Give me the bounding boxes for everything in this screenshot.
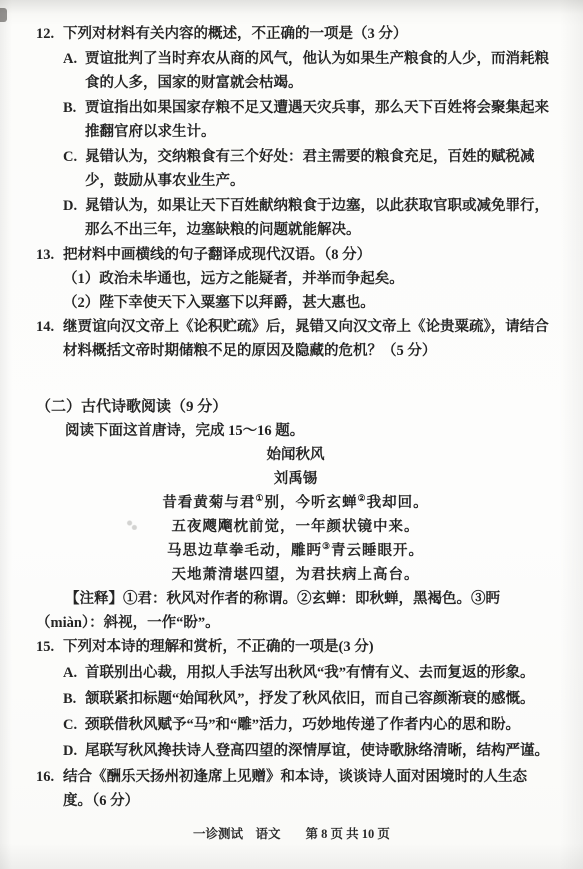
question-12-number: 12. bbox=[36, 22, 63, 46]
page-footer: 一诊测试 语文 第 8 页 共 10 页 bbox=[0, 822, 583, 846]
option-a-label: A. bbox=[63, 661, 85, 685]
question-15-number: 15. bbox=[36, 635, 63, 659]
option-d-text: 尾联写秋风搀扶诗人登高四望的深情厚谊，使诗歌脉络清晰，结构严谨。 bbox=[85, 743, 549, 759]
poem-line-2: 五夜飕飗枕前觉，一年颜状镜中来。 bbox=[36, 515, 555, 539]
question-16-stem: 结合《酬乐天扬州初逢席上见赠》和本诗，谈谈诗人面对困境时的人生态度。（6 分） bbox=[63, 769, 527, 809]
question-16-number: 16. bbox=[36, 765, 63, 789]
question-12: 12.下列对材料有关内容的概述，不正确的一项是（3 分） bbox=[36, 22, 555, 46]
exam-content: 12.下列对材料有关内容的概述，不正确的一项是（3 分） A.贾谊批判了当时弃农… bbox=[36, 22, 555, 813]
option-a-text: 贾谊批判了当时弃农从商的风气，他认为如果生产粮食的人少，而消耗粮食的人多，国家的… bbox=[85, 51, 549, 91]
option-c-label: C. bbox=[63, 145, 85, 169]
question-13-sub-2: （2）陛下幸使天下入粟塞下以拜爵，甚大惠也。 bbox=[63, 291, 555, 315]
poem-author: 刘禹锡 bbox=[36, 467, 555, 491]
question-14-stem: 继贾谊向汉文帝上《论积贮疏》后，晁错又向汉文帝上《论贵粟疏》，请结合材料概括文帝… bbox=[63, 319, 549, 359]
option-b-label: B. bbox=[63, 96, 85, 120]
question-14-number: 14. bbox=[36, 315, 63, 339]
question-12-stem: 下列对材料有关内容的概述，不正确的一项是（3 分） bbox=[63, 26, 407, 42]
scan-artifact bbox=[0, 8, 7, 22]
question-12-option-a: A.贾谊批判了当时弃农从商的风气，他认为如果生产粮食的人少，而消耗粮食的人多，国… bbox=[63, 47, 555, 95]
question-12-option-c: C.晁错认为，交纳粮食有三个好处：君主需要的粮食充足，百姓的赋税减少，鼓励从事农… bbox=[63, 145, 555, 193]
question-15-option-d: D.尾联写秋风搀扶诗人登高四望的深情厚谊，使诗歌脉络清晰，结构严谨。 bbox=[63, 739, 555, 763]
poem-line-4: 天地萧清堪四望，为君扶病上高台。 bbox=[36, 563, 555, 587]
question-15-option-a: A.首联别出心裁，用拟人手法写出秋风“我”有情有义、去而复返的形象。 bbox=[63, 661, 555, 685]
question-12-option-d: D.晁错认为，如果让天下百姓献纳粮食于边塞，以此获取官职或减免罪行，那么不出三年… bbox=[63, 194, 555, 242]
option-d-label: D. bbox=[63, 194, 85, 218]
option-d-text: 晁错认为，如果让天下百姓献纳粮食于边塞，以此获取官职或减免罪行，那么不出三年，边… bbox=[85, 198, 549, 238]
question-13-stem: 把材料中画横线的句子翻译成现代汉语。（8 分） bbox=[63, 247, 371, 263]
poem-line-3: 马思边草拳毛动，雕眄③青云睡眼开。 bbox=[36, 539, 555, 563]
poem-block: 始闻秋风 刘禹锡 昔看黄菊与君①别，今听玄蝉②我却回。 五夜飕飗枕前觉，一年颜状… bbox=[36, 443, 555, 587]
option-c-text: 晁错认为，交纳粮食有三个好处：君主需要的粮食充足，百姓的赋税减少，鼓励从事农业生… bbox=[85, 149, 535, 189]
question-15: 15.下列对本诗的理解和赏析，不正确的一项是(3 分) bbox=[36, 635, 555, 659]
poem-title: 始闻秋风 bbox=[36, 443, 555, 467]
question-13-number: 13. bbox=[36, 243, 63, 267]
question-12-option-b: B.贾谊指出如果国家存粮不足又遭遇天灾兵事，那么天下百姓将会聚集起来推翻官府以求… bbox=[63, 96, 555, 144]
question-16: 16.结合《酬乐天扬州初逢席上见赠》和本诗，谈谈诗人面对困境时的人生态度。（6 … bbox=[36, 765, 555, 813]
section-2-intro: 阅读下面这首唐诗，完成 15～16 题。 bbox=[65, 419, 555, 443]
exam-page: 12.下列对材料有关内容的概述，不正确的一项是（3 分） A.贾谊批判了当时弃农… bbox=[0, 0, 583, 869]
option-b-text: 颔联紧扣标题“始闻秋风”，抒发了秋风依旧，而自己容颜渐衰的感慨。 bbox=[85, 691, 535, 707]
section-2-heading: （二）古代诗歌阅读（9 分） bbox=[36, 395, 555, 419]
option-d-label: D. bbox=[63, 739, 85, 763]
question-13-sub-1: （1）政治未毕通也，远方之能疑者，并举而争起矣。 bbox=[63, 267, 555, 291]
option-c-label: C. bbox=[63, 713, 85, 737]
question-15-stem: 下列对本诗的理解和赏析，不正确的一项是(3 分) bbox=[63, 639, 374, 655]
question-14: 14.继贾谊向汉文帝上《论积贮疏》后，晁错又向汉文帝上《论贵粟疏》，请结合材料概… bbox=[36, 315, 555, 363]
question-15-option-b: B.颔联紧扣标题“始闻秋风”，抒发了秋风依旧，而自己容颜渐衰的感慨。 bbox=[63, 687, 555, 711]
poem-notes: 【注释】①君：秋风对作者的称谓。②玄蝉：即秋蝉，黑褐色。③眄（miàn）：斜视，… bbox=[36, 587, 555, 635]
question-13: 13.把材料中画横线的句子翻译成现代汉语。（8 分） bbox=[36, 243, 555, 267]
option-b-text: 贾谊指出如果国家存粮不足又遭遇天灾兵事，那么天下百姓将会聚集起来推翻官府以求生计… bbox=[85, 100, 549, 140]
option-c-text: 颈联借秋风赋予“马”和“雕”活力，巧妙地传递了作者内心的思和盼。 bbox=[85, 717, 520, 733]
poem-line-1: 昔看黄菊与君①别，今听玄蝉②我却回。 bbox=[36, 491, 555, 515]
option-a-text: 首联别出心裁，用拟人手法写出秋风“我”有情有义、去而复返的形象。 bbox=[85, 665, 535, 681]
option-b-label: B. bbox=[63, 687, 85, 711]
option-a-label: A. bbox=[63, 47, 85, 71]
question-15-option-c: C.颈联借秋风赋予“马”和“雕”活力，巧妙地传递了作者内心的思和盼。 bbox=[63, 713, 555, 737]
